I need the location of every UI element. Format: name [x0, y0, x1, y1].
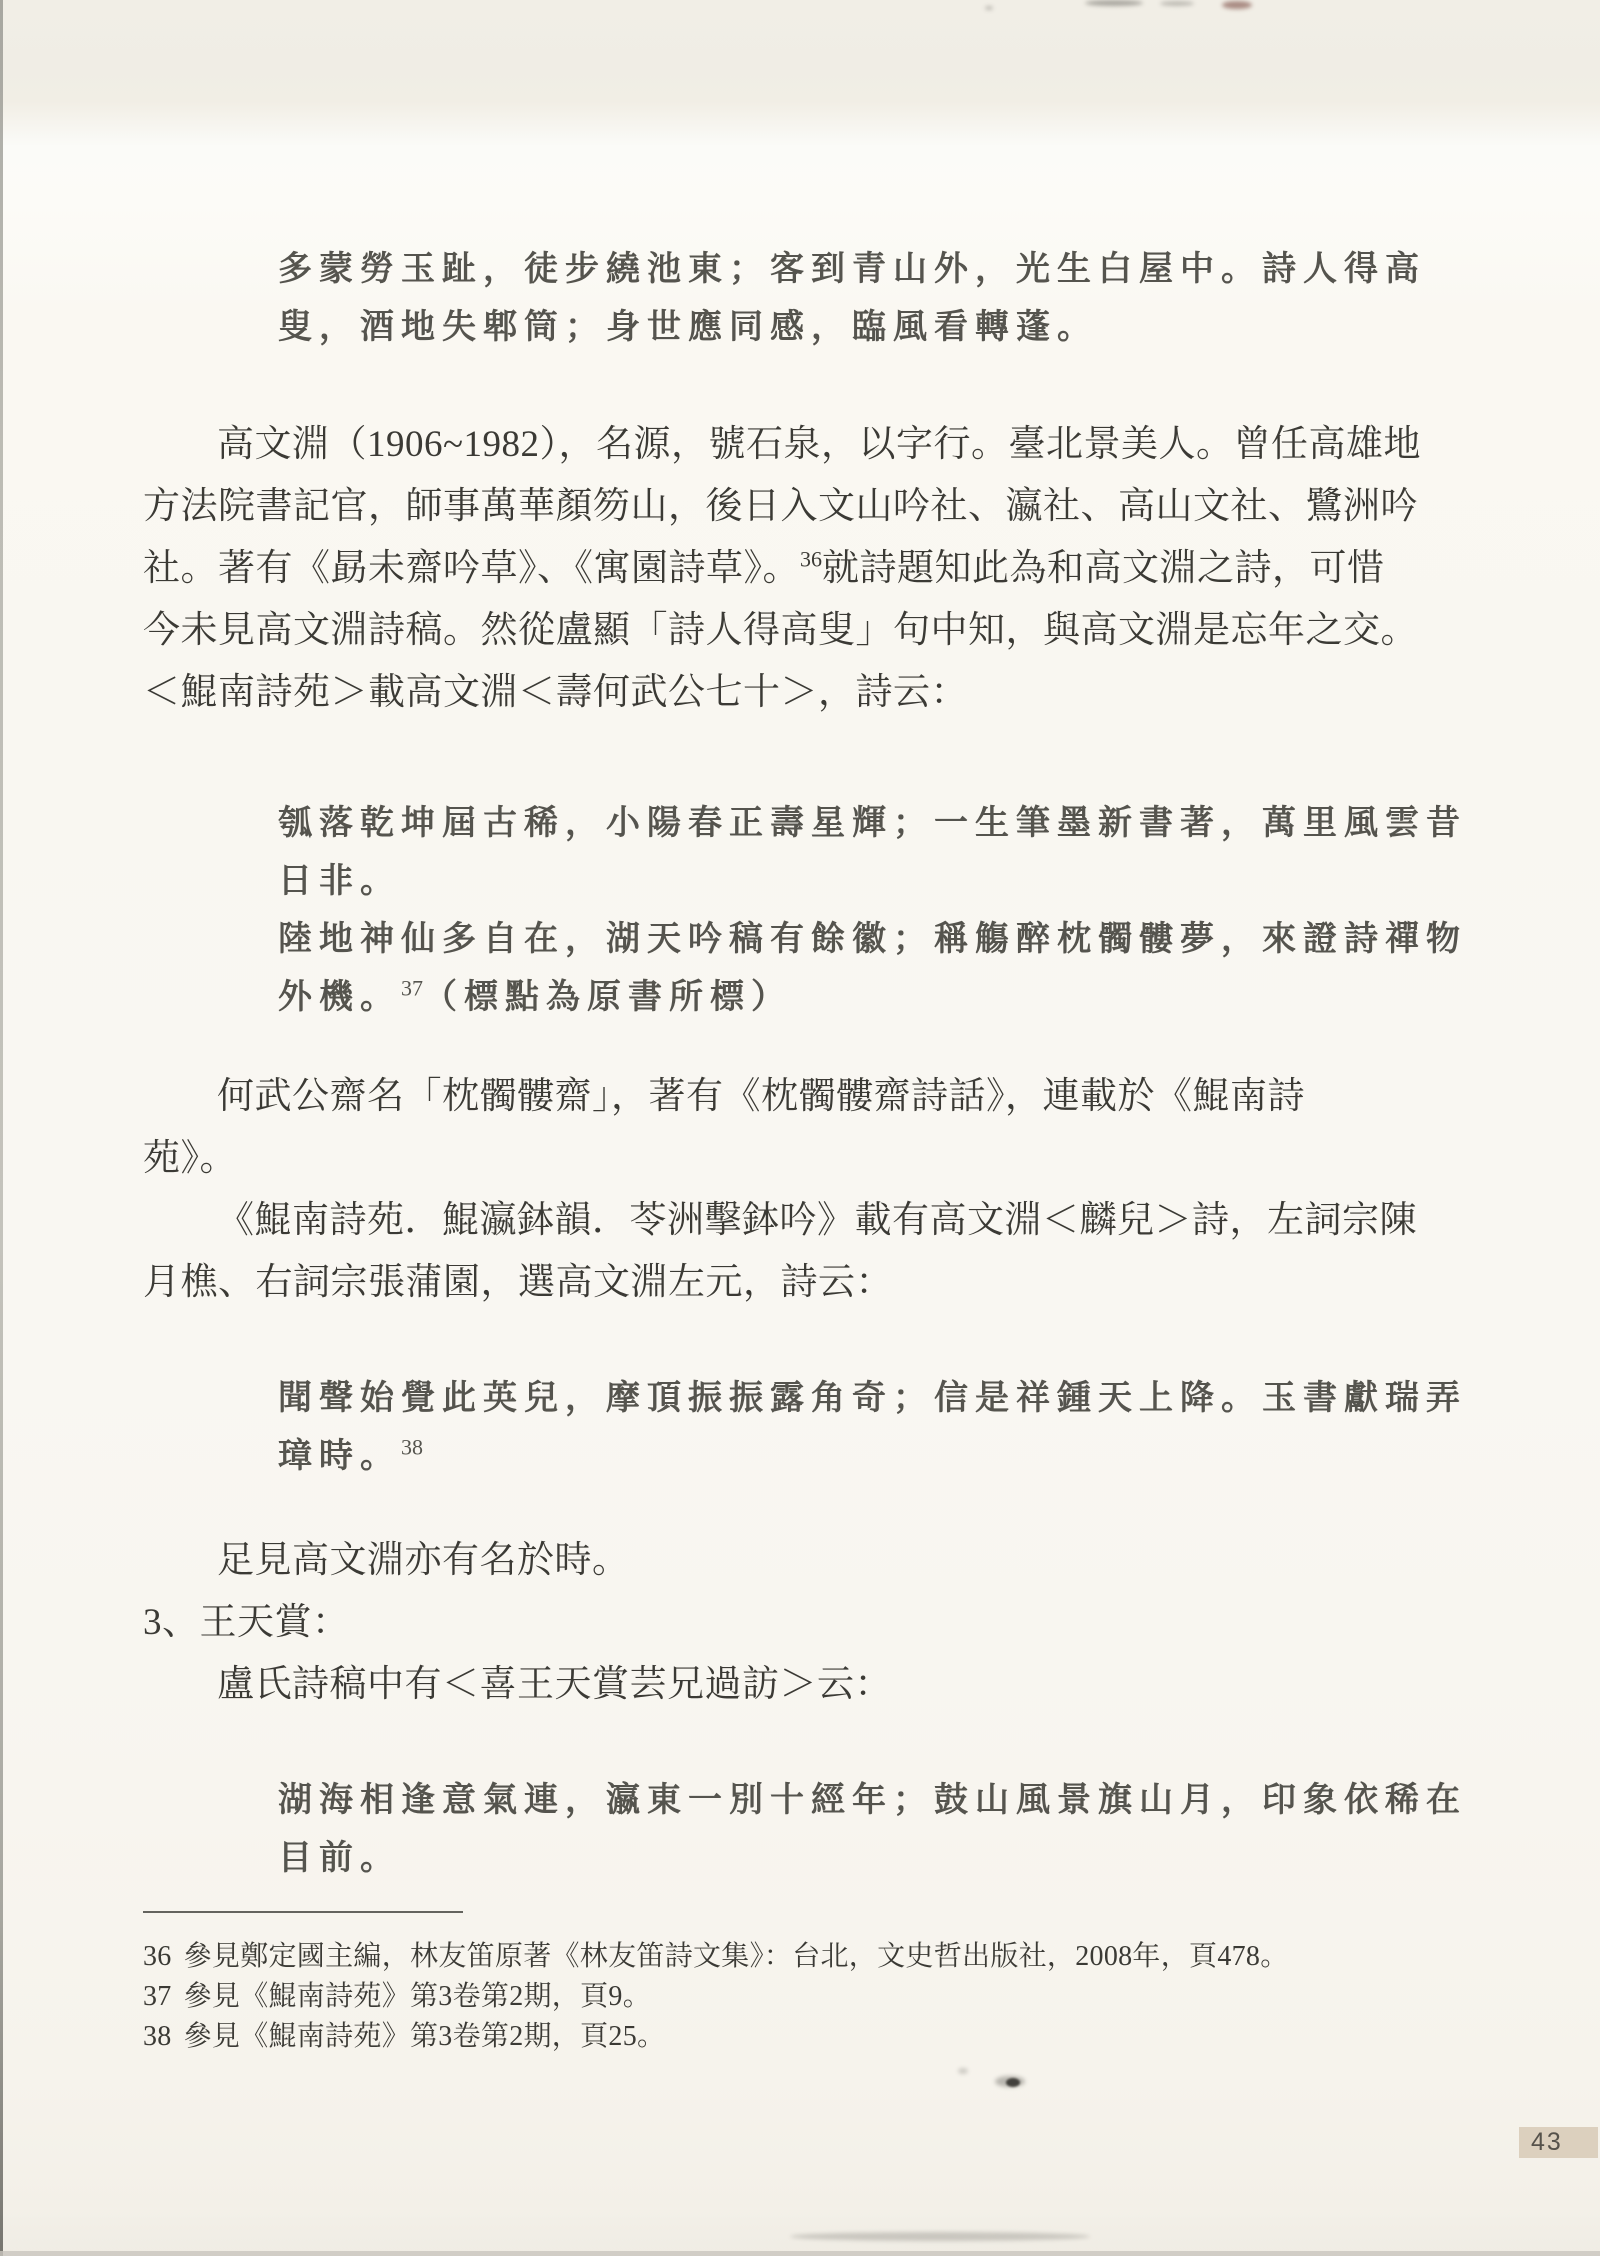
body-line: 苑》。	[143, 1128, 1460, 1190]
verse-line: 陸地神仙多自在，湖天吟稿有餘徽；稱觴醉枕髑髏夢，來證詩禪物	[278, 910, 1460, 968]
verse-line: 叟，酒地失郫筒；身世應同感，臨風看轉蓬。	[278, 298, 1460, 356]
verse-line: 日非。	[278, 852, 1460, 910]
body-line: 社。著有《勗未齋吟草》、《寓園詩草》。36就詩題知此為和高文淵之詩，可惜	[143, 538, 1460, 600]
verse-text: 璋時。	[278, 1437, 401, 1475]
body-line: 何武公齋名「枕髑髏齋」，著有《枕髑髏齋詩話》，連載於《鯤南詩	[143, 1066, 1460, 1128]
footnote-ref-37: 37	[401, 976, 423, 1001]
verse-line: 湖海相逢意氣連，瀛東一別十經年；鼓山風景旗山月，印象依稀在	[278, 1771, 1460, 1829]
footnote-number: 36	[143, 1937, 172, 1977]
footnote-item: 37參見《鯤南詩苑》第3卷第2期，頁9。	[143, 1977, 1460, 2017]
footnote-text: 參見鄭定國主編，林友笛原著《林友笛詩文集》：台北，文史哲出版社，2008年，頁4…	[184, 1941, 1289, 1972]
body-text: 就詩題知此為和高文淵之詩，可惜	[822, 548, 1385, 589]
body-line: 高文淵（1906~1982），名源，號石泉，以字行。臺北景美人。曾任高雄地	[143, 414, 1460, 476]
page-content: 多蒙勞玉趾，徒步繞池東；客到青山外，光生白屋中。詩人得高 叟，酒地失郫筒；身世應…	[143, 0, 1460, 2057]
scan-speck	[1006, 2078, 1020, 2087]
verse-text: （標點為原書所標）	[423, 978, 792, 1016]
verse-line: 外機。37（標點為原書所標）	[278, 968, 1460, 1026]
scan-left-edge	[0, 0, 3, 2256]
footnote-number: 37	[143, 1977, 172, 2017]
verse-quote-3: 聞聲始覺此英兒，摩頂振振露角奇；信是祥鍾天上降。玉書獻瑞弄 璋時。38	[278, 1369, 1460, 1485]
verse-quote-2: 瓠落乾坤屆古稀，小陽春正壽星輝；一生筆墨新書著，萬里風雲昔 日非。 陸地神仙多自…	[278, 794, 1460, 1026]
footnote-ref-36: 36	[800, 547, 822, 572]
scanned-document-page: 多蒙勞玉趾，徒步繞池東；客到青山外，光生白屋中。詩人得高 叟，酒地失郫筒；身世應…	[0, 0, 1600, 2256]
page-number: 43	[1519, 2128, 1563, 2157]
footnote-item: 38參見《鯤南詩苑》第3卷第2期，頁25。	[143, 2017, 1460, 2057]
verse-text: 外機。	[278, 978, 401, 1016]
body-line: 盧氏詩稿中有＜喜王天賞芸兄過訪＞云：	[143, 1654, 1460, 1716]
verse-line: 多蒙勞玉趾，徒步繞池東；客到青山外，光生白屋中。詩人得高	[278, 240, 1460, 298]
scan-speck	[958, 2068, 968, 2074]
body-line: 方法院書記官，師事萬華顏笏山，後日入文山吟社、瀛社、高山文社、鷺洲吟	[143, 476, 1460, 538]
verse-line: 瓠落乾坤屆古稀，小陽春正壽星輝；一生筆墨新書著，萬里風雲昔	[278, 794, 1460, 852]
body-line: 《鯤南詩苑．鯤瀛鉢韻．苓洲擊鉢吟》載有高文淵＜麟兒＞詩，左詞宗陳	[143, 1190, 1460, 1252]
body-line: 今未見高文淵詩稿。然從盧顯「詩人得高叟」句中知，與高文淵是忘年之交。	[143, 600, 1460, 662]
footnote-item: 36參見鄭定國主編，林友笛原著《林友笛詩文集》：台北，文史哲出版社，2008年，…	[143, 1937, 1460, 1977]
verse-line: 目前。	[278, 1829, 1460, 1887]
section-heading-wang-tianshang: 3、王天賞：	[143, 1592, 1460, 1654]
verse-line: 聞聲始覺此英兒，摩頂振振露角奇；信是祥鍾天上降。玉書獻瑞弄	[278, 1369, 1460, 1427]
verse-quote-4: 湖海相逢意氣連，瀛東一別十經年；鼓山風景旗山月，印象依稀在 目前。	[278, 1771, 1460, 1887]
footnote-text: 參見《鯤南詩苑》第3卷第2期，頁25。	[184, 2021, 666, 2052]
footnote-text: 參見《鯤南詩苑》第3卷第2期，頁9。	[184, 1981, 651, 2012]
paragraph-closing-remark: 足見高文淵亦有名於時。	[143, 1530, 1460, 1592]
verse-quote-1: 多蒙勞玉趾，徒步繞池東；客到青山外，光生白屋中。詩人得高 叟，酒地失郫筒；身世應…	[278, 240, 1460, 356]
footnote-number: 38	[143, 2017, 172, 2057]
scan-bottom-edge	[0, 2251, 1600, 2256]
footnote-ref-38: 38	[401, 1435, 423, 1460]
body-line: 月樵、右詞宗張蒲園，選高文淵左元，詩云：	[143, 1252, 1460, 1314]
verse-line: 璋時。38	[278, 1427, 1460, 1485]
paragraph-he-wugong: 何武公齋名「枕髑髏齋」，著有《枕髑髏齋詩話》，連載於《鯤南詩 苑》。	[143, 1066, 1460, 1190]
body-line: ＜鯤南詩苑＞載高文淵＜壽何武公七十＞，詩云：	[143, 662, 1460, 724]
footnote-list: 36參見鄭定國主編，林友笛原著《林友笛詩文集》：台北，文史哲出版社，2008年，…	[143, 1937, 1460, 2057]
paragraph-kunnan-shiyuan: 《鯤南詩苑．鯤瀛鉢韻．苓洲擊鉢吟》載有高文淵＜麟兒＞詩，左詞宗陳 月樵、右詞宗張…	[143, 1190, 1460, 1314]
paragraph-lu-manuscript: 盧氏詩稿中有＜喜王天賞芸兄過訪＞云：	[143, 1654, 1460, 1716]
footnote-rule	[143, 1911, 463, 1913]
body-text: 社。著有《勗未齋吟草》、《寓園詩草》。	[143, 548, 800, 589]
body-line: 足見高文淵亦有名於時。	[143, 1530, 1460, 1592]
heading-line: 3、王天賞：	[143, 1592, 1460, 1654]
scan-smudge	[790, 2232, 1090, 2241]
paragraph-gao-wenyuan-bio: 高文淵（1906~1982），名源，號石泉，以字行。臺北景美人。曾任高雄地 方法…	[143, 414, 1460, 724]
page-number-box: 43	[1519, 2127, 1598, 2158]
